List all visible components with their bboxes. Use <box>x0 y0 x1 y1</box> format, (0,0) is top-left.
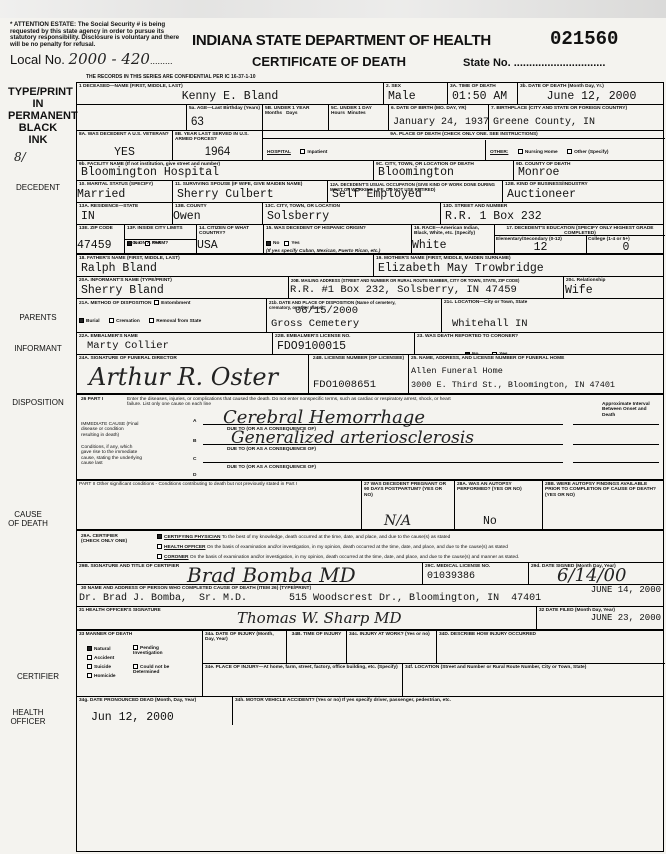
field-under-year[interactable]: 5b. UNDER 1 YEARMonths Days <box>263 105 329 130</box>
embalmer-value: Marty Collier <box>87 340 169 353</box>
removal-label: Removal from State <box>156 319 201 324</box>
license-label: 24b. LICENSE NUMBER (of Licensee) <box>311 356 406 361</box>
funeral-home-name: Allen Funeral Home <box>411 366 663 376</box>
yes-label: Yes <box>291 241 299 246</box>
completer-label: 30 NAME AND ADDRESS OF PERSON WHO COMPLE… <box>81 586 311 591</box>
field-autopsy[interactable]: 28a. WAS AN AUTOPSY PERFORMED? (Yes or n… <box>455 481 543 529</box>
nursing-label: Nursing Home <box>525 150 558 155</box>
row-parents: 18. FATHER'S NAME (First, Middle, Last)R… <box>77 255 663 277</box>
field-dob[interactable]: 6. DATE OF BIRTH (Mo. Day, Yr)January 24… <box>389 105 489 130</box>
name-value: Kenny E. Bland <box>77 90 383 103</box>
field-injury-at-work[interactable]: 34c. INJURY AT WORK? (Yes or no) <box>347 631 437 663</box>
health-officer-signature: Thomas W. Sharp MD <box>237 609 401 627</box>
other-options: OTHER: Nursing Home Other (Specify) Resi… <box>485 140 665 160</box>
cause-line-a[interactable]: Cerebral Hemorrhage <box>203 424 563 425</box>
confidential-note: THE RECORDS IN THIS SERIES ARE CONFIDENT… <box>86 74 255 80</box>
field-college[interactable]: College (1-4 or 5+)0 <box>587 236 665 253</box>
informant-name-label: 20a. INFORMANT'S NAME (Type/Print) <box>79 278 286 283</box>
row-funeral: 24a. SIGNATURE OF FUNERAL DIRECTORArthur… <box>77 355 663 395</box>
spouse-label: 11. SURVIVING SPOUSE (If wife, give maid… <box>175 182 325 187</box>
field-director-signature[interactable]: 24a. SIGNATURE OF FUNERAL DIRECTORArthur… <box>77 355 309 393</box>
completer-value[interactable]: Dr. Brad J. Bomba, Sr. M.D. 515 Woodscre… <box>79 592 541 605</box>
interval-line-b[interactable] <box>573 444 659 445</box>
medical-license-label: 29c. MEDICAL LICENSE NO. <box>425 564 526 569</box>
line-d-letter: d <box>193 473 196 478</box>
no-label: No <box>472 352 478 354</box>
field-res-state[interactable]: 13a. RESIDENCE—STATEIN <box>77 203 173 224</box>
injury-work-label: 34c. INJURY AT WORK? (Yes or no) <box>349 632 434 637</box>
race-label: 16. RACE—American Indian, Black, White, … <box>414 226 492 237</box>
field-time-of-death[interactable]: 3a. TIME OF DEATH01:50 AM <box>448 83 518 104</box>
field-pregnant[interactable]: 27 WAS DECEDENT PREGNANT OR 90 DAYS POST… <box>362 481 455 529</box>
hours-label: Hours <box>331 111 345 116</box>
removal-checkbox[interactable]: Removal from State <box>149 319 201 324</box>
manner-options-left: Natural Accident Suicide Homicide <box>87 645 121 681</box>
row-age: 5a. AGE—Last Birthday (Years)63 5b. UNDE… <box>77 105 663 131</box>
injury-bottom-row: 34e. PLACE OF INJURY—At home, farm, stre… <box>203 664 665 697</box>
year-served-label: 8b. YEAR LAST SERVED IN U.S. ARMED FORCE… <box>175 132 260 143</box>
field-spouse[interactable]: 11. SURVIVING SPOUSE (If wife, give maid… <box>173 181 328 202</box>
row-residence: 13a. RESIDENCE—STATEIN 13b. COUNTYOwen 1… <box>77 203 663 225</box>
interval-line-a[interactable] <box>573 424 659 425</box>
field-age[interactable]: 5a. AGE—Last Birthday (Years)63 <box>187 105 263 130</box>
disposition-date: 06/15/2000 <box>295 305 358 317</box>
father-label: 18. FATHER'S NAME (First, Middle, Last) <box>79 256 371 261</box>
nursing-home-checkbox[interactable]: Nursing Home <box>518 150 558 155</box>
field-injury-time[interactable]: 34b. TIME OF INJURY <box>287 631 347 663</box>
parents-section-label: PARENTS <box>8 313 68 322</box>
res-city-label: 13c. CITY, TOWN, OR LOCATION <box>265 204 438 209</box>
row-certifier-type: 29a. CERTIFIER (Check only one) CERTIFYI… <box>77 531 663 563</box>
pregnant-label: 27 WAS DECEDENT PREGNANT OR 90 DAYS POST… <box>364 482 452 498</box>
field-father[interactable]: 18. FATHER'S NAME (First, Middle, Last)R… <box>77 255 374 276</box>
age-label: 5a. AGE—Last Birthday (Years) <box>189 106 260 111</box>
field-res-city[interactable]: 13c. CITY, TOWN, OR LOCATIONSolsberry <box>263 203 441 224</box>
physician-option[interactable]: CERTIFYING PHYSICIAN To the best of my k… <box>157 534 450 540</box>
homicide-checkbox[interactable]: Homicide <box>87 672 116 681</box>
field-medical-license[interactable]: 29c. MEDICAL LICENSE NO.01039386 <box>423 563 529 584</box>
checkbox-icon <box>300 149 305 154</box>
type-print-label: TYPE/PRINT IN PERMANENT BLACK INK <box>8 86 68 146</box>
checkbox-icon <box>87 655 92 660</box>
hispanic-no[interactable]: No <box>266 241 279 246</box>
field-coroner[interactable]: 23. WAS DEATH REPORTED TO CORONER? No Ye… <box>415 333 665 354</box>
method-options-1: Burial Cremation Removal from State <box>79 309 264 327</box>
checkbox-icon <box>149 318 154 323</box>
accident-label: Accident <box>94 656 114 661</box>
part2-label: PART II Other significant conditions - C… <box>79 482 359 487</box>
undetermined-label: Could not be Determined <box>133 665 169 675</box>
field-disposition-location[interactable]: 21c. LOCATION—City or Town, StateWhiteha… <box>442 299 665 332</box>
license-value: FDO1008651 <box>313 379 376 392</box>
checked-checkbox-icon <box>266 241 271 246</box>
other-specify-label: Other (Specify) <box>574 150 608 155</box>
field-elementary[interactable]: Elementary/Secondary (0-12)12 <box>495 236 587 253</box>
local-no-value: 2000 - 420 <box>69 50 150 68</box>
farm: 13g. ON A FARM? NoYes <box>125 240 196 253</box>
checkbox-icon <box>133 645 138 650</box>
coroner-options: No Yes <box>465 342 663 354</box>
field-date-filed[interactable]: 32 DATE FILED (Month Day, Year)JUNE 23, … <box>537 607 665 629</box>
health-officer-section-label: HEALTH OFFICER <box>8 708 48 726</box>
checkbox-icon <box>154 300 159 305</box>
injury-date-label: 34a. DATE OF INJURY (Month, Day, Year) <box>205 632 284 643</box>
race-value: White <box>412 239 447 252</box>
pregnant-value: N/A <box>384 513 411 529</box>
injury-top-row: 34a. DATE OF INJURY (Month, Day, Year) 3… <box>203 631 665 664</box>
disposition-place: Gross Cemetery <box>271 318 359 331</box>
checkbox-icon <box>87 664 92 669</box>
hospital-options: HOSPITAL Inpatient ER/Outpatient DOA <box>267 140 467 160</box>
cause-line-c[interactable] <box>203 462 563 463</box>
row-certifier-signature: 29b. SIGNATURE AND TITLE OF CERTIFIERBra… <box>77 563 663 585</box>
inpatient-checkbox[interactable]: Inpatient <box>300 150 327 155</box>
checkbox-icon <box>518 149 523 154</box>
spouse-value: Sherry Culbert <box>177 188 274 201</box>
row-injury: 33 MANNER OF DEATH Natural Accident Suic… <box>77 631 663 697</box>
date-signed-typed: JUNE 14, 2000 <box>591 585 661 595</box>
health-officer-option[interactable]: HEALTH OFFICER On the basis of examinati… <box>157 544 508 550</box>
dob-label: 6. DATE OF BIRTH (Mo. Day, Yr) <box>391 106 486 111</box>
field-hispanic[interactable]: 15. WAS DECEDENT OF HISPANIC ORIGIN? NoY… <box>264 225 412 253</box>
street-label: 13d. STREET AND NUMBER <box>443 204 663 209</box>
checked-checkbox-icon <box>465 352 470 354</box>
method-header: 21a. METHOD OF DISPOSITION Entombment <box>79 300 264 306</box>
field-part2[interactable]: PART II Other significant conditions - C… <box>77 481 362 529</box>
citizen-value: USA <box>197 239 218 252</box>
physician-text: To the best of my knowledge, death occur… <box>222 535 451 540</box>
checked-checkbox-icon <box>87 646 92 651</box>
facility-value: Bloomington Hospital <box>81 166 219 179</box>
date-signed-handwritten: 6/14/00 <box>557 565 626 586</box>
coroner-option[interactable]: CORONER On the basis of examination and/… <box>157 554 519 560</box>
method-options-2: Donation Other (Specify) ____________ <box>79 329 264 332</box>
marital-label: 10. MARITAL STATUS (Specify) <box>79 182 170 187</box>
informant-name-value: Sherry Bland <box>81 284 164 297</box>
homicide-label: Homicide <box>94 674 116 679</box>
funeral-home-label: 25. NAME, ADDRESS, AND LICENSE NUMBER OF… <box>411 356 663 361</box>
field-manner: 33 MANNER OF DEATH Natural Accident Suic… <box>77 631 203 696</box>
field-informant-address[interactable]: 20b. MAILING ADDRESS (Street and Number … <box>289 277 564 298</box>
elementary-value: 12 <box>495 241 586 253</box>
field-place-of-death: 9a. PLACE OF DEATH (Check only one. See … <box>263 131 665 160</box>
immediate-cause-label: IMMEDIATE CAUSE (Final disease or condit… <box>81 422 139 438</box>
field-embalmer[interactable]: 22a. EMBALMER'S NAMEMarty Collier <box>77 333 273 354</box>
field-race[interactable]: 16. RACE—American Indian, Black, White, … <box>412 225 495 253</box>
row-pronounced: 34g. DATE PRONOUNCED DEAD (Month, Day, Y… <box>77 697 663 725</box>
cause-a-value: Cerebral Hemorrhage <box>223 407 425 428</box>
cremation-label: Cremation <box>116 319 140 324</box>
director-signature: Arthur R. Oster <box>89 363 278 391</box>
field-pronounced-dead[interactable]: 34g. DATE PRONOUNCED DEAD (Month, Day, Y… <box>77 697 233 725</box>
field-certifier-signature[interactable]: 29b. SIGNATURE AND TITLE OF CERTIFIERBra… <box>77 563 423 584</box>
checkbox-icon <box>133 664 138 669</box>
coroner-label: 23. WAS DEATH REPORTED TO CORONER? <box>417 334 663 339</box>
embalmer-label: 22a. EMBALMER'S NAME <box>79 334 270 339</box>
sex-label: 2. SEX <box>386 84 445 89</box>
field-injury-date[interactable]: 34a. DATE OF INJURY (Month, Day, Year) <box>203 631 287 663</box>
suicide-label: Suicide <box>94 665 111 670</box>
accident-checkbox[interactable]: Accident <box>87 654 116 663</box>
health-officer-label: HEALTH OFFICER <box>164 545 205 550</box>
field-name[interactable]: 1 DECEASED—NAME (First, Middle, Last)Ken… <box>77 83 384 104</box>
field-motor-vehicle[interactable]: 34h. MOTOR VEHICLE ACCIDENT? (Yes or no)… <box>233 697 665 725</box>
hispanic-yes[interactable]: Yes <box>284 241 299 246</box>
funeral-home-address: 3000 E. Third St., Bloomington, IN 47401 <box>411 380 663 390</box>
field-relationship[interactable]: 20c. RelationshipWife <box>564 277 665 298</box>
row-health-officer: 31 HEALTH OFFICER'S SIGNATUREThomas W. S… <box>77 607 663 631</box>
pronounced-value: Jun 12, 2000 <box>91 711 174 724</box>
autopsy-label: 28a. WAS AN AUTOPSY PERFORMED? (Yes or n… <box>457 482 540 493</box>
inpatient-label: Inpatient <box>307 150 327 155</box>
field-director-license[interactable]: 24b. LICENSE NUMBER (of Licensee)FDO1008… <box>309 355 409 393</box>
attention-notice: * ATTENTION ESTATE: The Social Security … <box>10 22 182 48</box>
certifier-signature: Brad Bomba MD <box>187 563 356 584</box>
blank-cell <box>77 105 187 130</box>
checkbox-icon <box>109 318 114 323</box>
relationship-value: Wife <box>565 284 593 297</box>
city-death-value: Bloomington <box>378 166 454 179</box>
row-disposition: 21a. METHOD OF DISPOSITION Entombment Bu… <box>77 299 663 333</box>
coroner-option-label: CORONER <box>164 555 189 560</box>
local-number: Local No. 2000 - 420......... <box>10 50 172 68</box>
row-name: 1 DECEASED—NAME (First, Middle, Last)Ken… <box>77 83 663 105</box>
field-mother[interactable]: 19. MOTHER'S NAME (First, Middle, Maiden… <box>374 255 665 276</box>
injury-describe-label: 34d. DESCRIBE HOW INJURY OCCURRED <box>439 632 663 637</box>
cause-line-b[interactable]: Generalized arteriosclerosis <box>203 444 563 445</box>
pronounced-label: 34g. DATE PRONOUNCED DEAD (Month, Day, Y… <box>79 698 230 703</box>
field-autopsy-findings[interactable]: 28b. WERE AUTOPSY FINDINGS AVAILABLE PRI… <box>543 481 665 529</box>
checkbox-icon <box>567 149 572 154</box>
method-label: 21a. METHOD OF DISPOSITION <box>79 301 152 306</box>
autopsy-value: No <box>483 515 497 528</box>
location-label: 21c. LOCATION—City or Town, State <box>444 300 663 305</box>
field-sex[interactable]: 2. SEXMale <box>384 83 448 104</box>
medical-license-value: 01039386 <box>427 570 475 583</box>
line-a-letter: a <box>193 419 196 424</box>
checkbox-icon <box>157 544 162 549</box>
date-value: June 12, 2000 <box>518 90 665 103</box>
burial-checkbox[interactable]: Burial <box>79 319 100 324</box>
res-state-value: IN <box>81 210 95 223</box>
line-b-letter: b <box>193 439 196 444</box>
checked-checkbox-icon <box>79 318 84 323</box>
field-method: 21a. METHOD OF DISPOSITION Entombment Bu… <box>77 299 267 332</box>
entombment-label: Entombment <box>161 301 190 306</box>
line-c-letter: c <box>193 457 196 462</box>
hispanic-label: 15. WAS DECEDENT OF HISPANIC ORIGIN? <box>266 226 409 231</box>
injury-location-label: 34f. LOCATION (Street and Number or Rura… <box>405 665 663 670</box>
farm-label: 13g. ON A FARM? <box>127 241 194 246</box>
other-label: OTHER: <box>490 150 508 155</box>
sex-value: Male <box>388 90 416 103</box>
hospital-label: HOSPITAL <box>267 150 291 155</box>
undetermined-checkbox[interactable]: Could not be Determined <box>133 664 188 675</box>
res-city-value: Solsberry <box>267 210 329 223</box>
time-label: 3a. TIME OF DEATH <box>450 84 515 89</box>
business-label: 12b. KIND OF BUSINESS/INDUSTRY <box>505 182 663 187</box>
due-to-b: DUE TO (OR AS A CONSEQUENCE OF) <box>227 447 316 452</box>
field-funeral-home[interactable]: 25. NAME, ADDRESS, AND LICENSE NUMBER OF… <box>409 355 665 393</box>
relationship-label: 20c. Relationship <box>566 278 663 283</box>
burial-label: Burial <box>86 319 100 324</box>
months-label: Months <box>265 111 282 116</box>
year-served-value: 1964 <box>173 146 262 159</box>
months-days: Months Days <box>265 111 326 116</box>
education-label: 17. DECEDENT'S EDUCATION (Specify only h… <box>495 225 665 236</box>
checkbox-icon <box>492 352 497 354</box>
hours-minutes: Hours Minutes <box>331 111 386 116</box>
field-occupation[interactable]: 12a. DECEDENT'S USUAL OCCUPATION (Give k… <box>328 181 503 202</box>
city-limits: 13f. INSIDE CITY LIMITS NoYes <box>125 225 196 240</box>
birthplace-value: Greene County, IN <box>493 116 595 129</box>
mother-label: 19. MOTHER'S NAME (First, Middle, Maiden… <box>376 256 663 261</box>
embalmer-license-value: FDO9100015 <box>277 340 346 353</box>
interval-line-c[interactable] <box>573 462 659 463</box>
row-embalmer: 22a. EMBALMER'S NAMEMarty Collier 22b. E… <box>77 333 663 355</box>
field-res-county[interactable]: 13b. COUNTYOwen <box>173 203 263 224</box>
coroner-yes[interactable]: Yes <box>492 352 507 354</box>
father-value: Ralph Bland <box>81 262 157 275</box>
agency-title: INDIANA STATE DEPARTMENT OF HEALTH <box>192 32 491 49</box>
informant-address-value: R.R. #1 Box 232, Solsberry, IN 47459 <box>290 284 517 297</box>
row-zip: 13e. ZIP CODE47459 13f. INSIDE CITY LIMI… <box>77 225 663 255</box>
injury-place-label: 34e. PLACE OF INJURY—At home, farm, stre… <box>205 665 400 670</box>
row-informant: 20a. INFORMANT'S NAME (Type/Print)Sherry… <box>77 277 663 299</box>
business-value: Auctioneer <box>507 188 576 201</box>
row-cause-part2: PART II Other significant conditions - C… <box>77 481 663 531</box>
date-label: 3b. DATE OF DEATH (Month Day, Yr.) <box>520 84 663 89</box>
field-street[interactable]: 13d. STREET AND NUMBERR.R. 1 Box 232 <box>441 203 665 224</box>
yes-label: Yes <box>499 352 507 354</box>
state-number: State No. .............................. <box>463 57 605 69</box>
location-value: Whitehall IN <box>452 318 528 331</box>
minutes-label: Minutes <box>348 111 366 116</box>
field-health-officer-signature[interactable]: 31 HEALTH OFFICER'S SIGNATUREThomas W. S… <box>77 607 537 629</box>
mother-value: Elizabeth May Trowbridge <box>378 262 544 275</box>
field-injury-place[interactable]: 34e. PLACE OF INJURY—At home, farm, stre… <box>203 664 403 697</box>
birthplace-label: 7. BIRTHPLACE (City and State or Foreign… <box>491 106 663 111</box>
field-date-of-death[interactable]: 3b. DATE OF DEATH (Month Day, Yr.)June 1… <box>518 83 665 104</box>
handwritten-mark: 8/ <box>14 150 74 164</box>
checkbox-icon <box>157 554 162 559</box>
field-county-of-death[interactable]: 9d. COUNTY OF DEATHMonroe <box>514 161 665 180</box>
field-date-signed[interactable]: 29d. DATE SIGNED (Month Day, Year)6/14/0… <box>529 563 665 584</box>
death-certificate-form: 1 DECEASED—NAME (First, Middle, Last)Ken… <box>76 82 664 852</box>
street-value: R.R. 1 Box 232 <box>445 210 542 223</box>
res-county-label: 13b. COUNTY <box>175 204 260 209</box>
citizen-label: 14. CITIZEN OF WHAT COUNTRY? <box>199 226 261 237</box>
conditions-label: Conditions, if any, which gave rise to t… <box>81 445 143 467</box>
certificate-number: 021560 <box>550 28 618 50</box>
decedent-section-label: DECEDENT <box>8 183 68 192</box>
dob-value: January 24, 1937 <box>393 116 489 129</box>
field-zip[interactable]: 13e. ZIP CODE47459 <box>77 225 125 253</box>
natural-checkbox[interactable]: Natural <box>87 645 116 654</box>
field-city-of-death[interactable]: 9c. CITY, TOWN, OR LOCATION OF DEATHBloo… <box>374 161 514 180</box>
no-label: No <box>273 241 279 246</box>
field-birthplace[interactable]: 7. BIRTHPLACE (City and State or Foreign… <box>489 105 665 130</box>
coroner-no[interactable]: No <box>465 352 478 354</box>
row-completer: 30 NAME AND ADDRESS OF PERSON WHO COMPLE… <box>77 585 663 607</box>
director-sig-label: 24a. SIGNATURE OF FUNERAL DIRECTOR <box>79 356 306 361</box>
embalmer-license-label: 22b. EMBALMER'S LICENSE NO. <box>275 334 412 339</box>
field-embalmer-license[interactable]: 22b. EMBALMER'S LICENSE NO.FDO9100015 <box>273 333 415 354</box>
zip-label: 13e. ZIP CODE <box>79 226 122 231</box>
county-death-value: Monroe <box>518 166 559 179</box>
field-education: 17. DECEDENT'S EDUCATION (Specify only h… <box>495 225 665 253</box>
field-facility[interactable]: 9b. FACILITY NAME (If not institution, g… <box>77 161 374 180</box>
field-business[interactable]: 12b. KIND OF BUSINESS/INDUSTRYAuctioneer <box>503 181 665 202</box>
checkbox-icon <box>87 673 92 678</box>
part1-label: 26 PART I <box>81 397 103 402</box>
informant-section-label: INFORMANT <box>8 344 68 353</box>
field-veteran[interactable]: 8a. WAS DECEDENT A U.S. VETERAN?YES <box>77 131 173 160</box>
manner-options-right: Pending Investigation Could not be Deter… <box>133 645 193 675</box>
health-officer-text: On the basis of examination and/or inves… <box>207 545 508 550</box>
cause-b-value: Generalized arteriosclerosis <box>231 428 474 448</box>
other-specify-checkbox[interactable]: Other (Specify) <box>567 150 608 155</box>
disposition-section-label: DISPOSITION <box>8 398 68 407</box>
field-citizen[interactable]: 14. CITIZEN OF WHAT COUNTRY?USA <box>197 225 264 253</box>
field-marital[interactable]: 10. MARITAL STATUS (Specify)Married <box>77 181 173 202</box>
field-under-day[interactable]: 5c. UNDER 1 DAYHours Minutes <box>329 105 389 130</box>
field-informant-name[interactable]: 20a. INFORMANT'S NAME (Type/Print)Sherry… <box>77 277 289 298</box>
age-value: 63 <box>191 116 204 129</box>
findings-label: 28b. WERE AUTOPSY FINDINGS AVAILABLE PRI… <box>545 482 663 498</box>
local-no-label: Local No. <box>10 52 65 67</box>
college-value: 0 <box>587 241 665 253</box>
cause-section-label: CAUSE OF DEATH <box>8 510 48 528</box>
days-label: Days <box>286 111 297 116</box>
interval-label: Approximate Interval Between Onset and D… <box>602 402 652 418</box>
row-marital: 10. MARITAL STATUS (Specify)Married 11. … <box>77 181 663 203</box>
field-date-place-disposition[interactable]: 21b. DATE AND PLACE OF DISPOSITION (Name… <box>267 299 442 332</box>
zip-value: 47459 <box>77 239 112 252</box>
row-cause-part1: 26 PART I Enter the diseases, injuries, … <box>77 395 663 481</box>
hispanic-note: (If yes specify Cuban, Mexican, Puerto R… <box>266 249 409 253</box>
field-city-limits-farm: 13f. INSIDE CITY LIMITS NoYes 13g. ON A … <box>125 225 197 253</box>
veteran-label: 8a. WAS DECEDENT A U.S. VETERAN? <box>79 132 170 137</box>
manner-label: 33 MANNER OF DEATH <box>79 632 200 637</box>
cremation-checkbox[interactable]: Cremation <box>109 319 140 324</box>
injury-time-label: 34b. TIME OF INJURY <box>289 632 344 637</box>
certifier-section-label: CERTIFIER <box>8 672 68 681</box>
checkbox-icon <box>284 241 289 246</box>
city-limits-label: 13f. INSIDE CITY LIMITS <box>127 226 194 231</box>
marital-value: Married <box>77 188 125 201</box>
veteran-value: YES <box>77 146 172 159</box>
scan-noise <box>0 0 666 18</box>
field-year-served[interactable]: 8b. YEAR LAST SERVED IN U.S. ARMED FORCE… <box>173 131 263 160</box>
suicide-checkbox[interactable]: Suicide <box>87 663 116 672</box>
res-state-label: 13a. RESIDENCE—STATE <box>79 204 170 209</box>
occupation-value: Self Employed <box>332 188 422 201</box>
row-facility: 9b. FACILITY NAME (If not institution, g… <box>77 161 663 181</box>
name-label: 1 DECEASED—NAME (First, Middle, Last) <box>79 84 381 89</box>
field-injury-description[interactable]: 34d. DESCRIBE HOW INJURY OCCURRED <box>437 631 665 663</box>
certifier-type-label: 29a. CERTIFIER (Check only one) <box>81 534 131 545</box>
field-injury-location[interactable]: 34f. LOCATION (Street and Number or Rura… <box>403 664 665 697</box>
coroner-text: On the basis of examination and/or inves… <box>190 555 519 560</box>
natural-label: Natural <box>94 647 111 652</box>
checked-checkbox-icon <box>157 534 162 539</box>
time-value: 01:50 AM <box>452 90 507 103</box>
place-of-death-label: 9a. PLACE OF DEATH (Check only one. See … <box>263 131 665 139</box>
pending-checkbox[interactable]: Pending Investigation <box>133 645 188 656</box>
res-county-value: Owen <box>173 210 201 223</box>
informant-address-label: 20b. MAILING ADDRESS (Street and Number … <box>291 278 561 283</box>
